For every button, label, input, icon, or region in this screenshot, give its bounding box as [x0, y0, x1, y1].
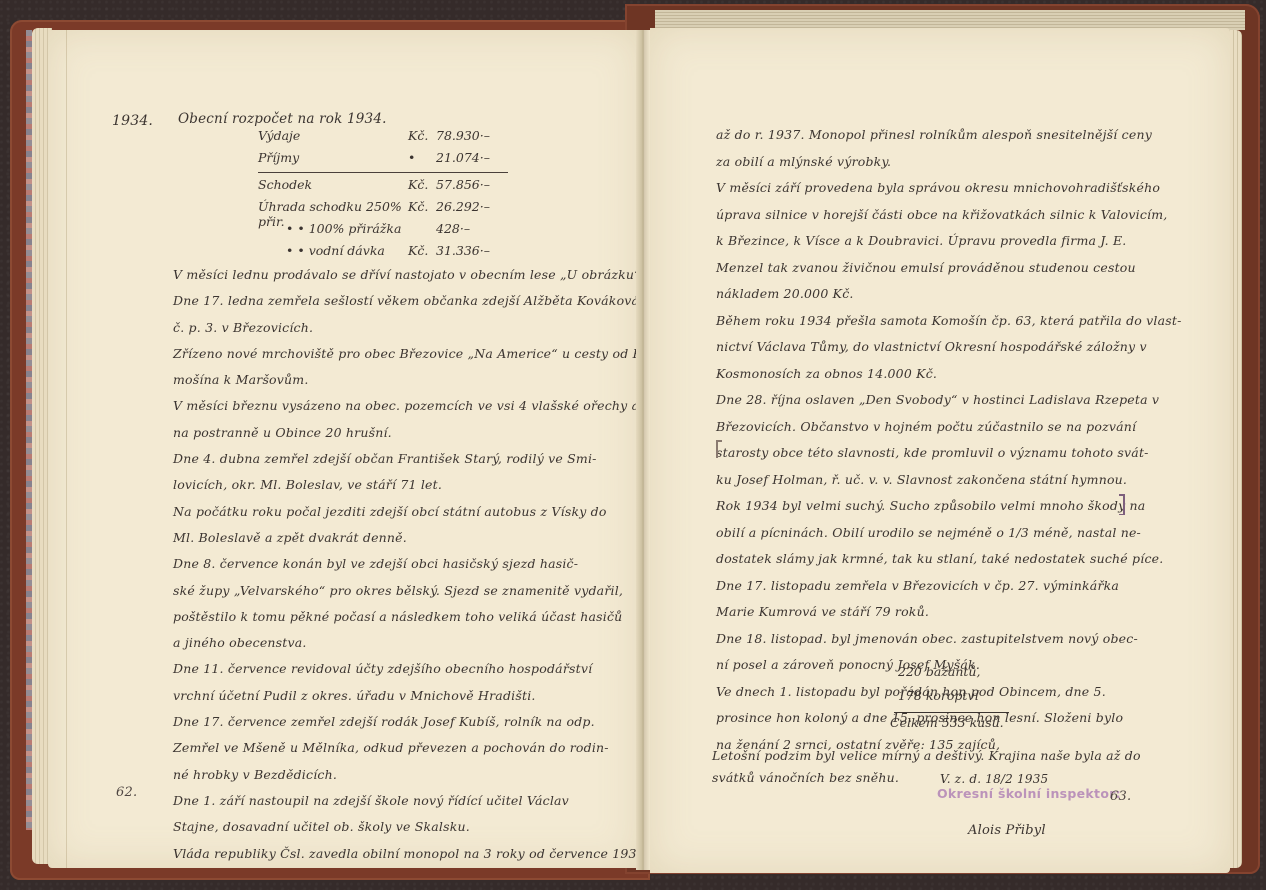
- text-line: č. p. 3. v Březovicích.: [173, 315, 654, 341]
- year-margin-note: 1934.: [112, 108, 153, 134]
- budget-row: Schodek Kč. 57.856·–: [258, 177, 508, 199]
- text-line: Vláda republiky Čsl. zavedla obilní mono…: [173, 841, 654, 867]
- text-line: né hrobky v Bezdědicích.: [173, 762, 654, 788]
- page-edge-rule: [66, 30, 67, 868]
- text-line: Dne 1. září nastoupil na zdejší škole no…: [173, 788, 654, 814]
- page-number-left: 62.: [116, 780, 137, 806]
- text-line: a jiného obecenstva.: [173, 630, 654, 656]
- text-line: Kosmonosích za obnos 14.000 Kč.: [716, 361, 1182, 388]
- budget-row: • • 100% přirážka 428·–: [258, 221, 508, 243]
- text-line: Menzel tak zvanou živičnou emulsí provád…: [716, 255, 1182, 282]
- text-line: Během roku 1934 přešla samota Komošín čp…: [716, 308, 1182, 335]
- text-line: Dne 17. července zemřel zdejší rodák Jos…: [173, 709, 654, 735]
- text-line: na postranně u Obince 20 hrušní.: [173, 420, 654, 446]
- text-line: Zemřel ve Mšeně u Mělníka, odkud převeze…: [173, 735, 654, 761]
- text-line: Rok 1934 byl velmi suchý. Sucho způsobil…: [716, 493, 1182, 520]
- text-line: poštěstilo k tomu pěkné počasí a následk…: [173, 604, 654, 630]
- text-line: mošína k Maršovům.: [173, 367, 654, 393]
- text-line: Dne 18. listopad. byl jmenován obec. zas…: [716, 626, 1182, 653]
- text-line: Dne 8. července konán byl ve zdejší obci…: [173, 551, 654, 577]
- inspector-signature: Alois Přibyl: [968, 818, 1046, 844]
- text-line: Dne 4. dubna zemřel zdejší občan Františ…: [173, 446, 654, 472]
- tally-sum-rule: [894, 712, 1009, 713]
- text-line: obilí a pícninách. Obilí urodilo se nejm…: [716, 520, 1182, 547]
- text-line: nákladem 20.000 Kč.: [716, 281, 1182, 308]
- text-line: za obilí a mlýnské výrobky.: [716, 149, 1182, 176]
- tally-total: Celkem 533 kusů.: [890, 715, 1009, 739]
- text-line: Březovicích. Občanstvo v hojném počtu zú…: [716, 414, 1182, 441]
- text-line: dostatek slámy jak krmné, tak ku stlaní,…: [716, 546, 1182, 573]
- text-line: Dne 17. listopadu zemřela v Březovicích …: [716, 573, 1182, 600]
- text-line: Zřízeno nové mrchoviště pro obec Březovi…: [173, 341, 654, 367]
- text-line: V měsíci březnu vysázeno na obec. pozemc…: [173, 393, 654, 419]
- text-line: nictví Václava Tůmy, do vlastnictví Okre…: [716, 334, 1182, 361]
- text-line: lovicích, okr. Ml. Boleslav, ve stáří 71…: [173, 472, 654, 498]
- text-line: Letošní podzim byl velice mírný a deštiv…: [712, 743, 1141, 765]
- page-stack-top: [655, 10, 1245, 30]
- text-line: starosty obce této slavnosti, kde promlu…: [716, 440, 1182, 467]
- left-page-text: V měsíci lednu prodávalo se dříví nastoj…: [173, 262, 654, 867]
- text-line: Marie Kumrová ve stáří 79 roků.: [716, 599, 1182, 626]
- right-page-text: až do r. 1937. Monopol přinesl rolníkům …: [716, 122, 1182, 758]
- page-number-right: 63.: [1110, 784, 1131, 810]
- margin-bracket-mark: [1119, 494, 1125, 515]
- text-line: Stajne, dosavadní učitel ob. školy ve Sk…: [173, 814, 654, 840]
- text-line: úprava silnice v horejší části obce na k…: [716, 202, 1182, 229]
- budget-table: Výdaje Kč. 78.930·– Příjmy • 21.074·– Sc…: [258, 128, 508, 265]
- text-line: Dne 17. ledna zemřela sešlostí věkem obč…: [173, 288, 654, 314]
- text-line: ské župy „Velvarského“ pro okres bělský.…: [173, 578, 654, 604]
- game-tally: 220 bažantů, 178 koroptví Celkem 533 kus…: [898, 664, 1009, 739]
- text-line: až do r. 1937. Monopol přinesl rolníkům …: [716, 122, 1182, 149]
- budget-row: Výdaje Kč. 78.930·–: [258, 128, 508, 150]
- text-line: k Březince, k Vísce a k Doubravici. Úpra…: [716, 228, 1182, 255]
- tally-line: 220 bažantů,: [898, 664, 1009, 688]
- budget-row: Příjmy • 21.074·–: [258, 150, 508, 173]
- text-line: Ml. Boleslavě a zpět dvakrát denně.: [173, 525, 654, 551]
- text-line: vrchní účetní Pudil z okres. úřadu v Mni…: [173, 683, 654, 709]
- inspector-stamp: Okresní školní inspektor:: [937, 786, 1121, 801]
- text-line: Na počátku roku počal jezditi zdejší obc…: [173, 499, 654, 525]
- book-gutter: [636, 30, 650, 870]
- margin-bracket-mark: [716, 440, 722, 458]
- budget-row: Úhrada schodku 250% přir. Kč. 26.292·–: [258, 199, 508, 221]
- text-line: Dne 28. října oslaven „Den Svobody“ v ho…: [716, 387, 1182, 414]
- text-line: ku Josef Holman, ř. uč. v. v. Slavnost z…: [716, 467, 1182, 494]
- text-line: V měsíci lednu prodávalo se dříví nastoj…: [173, 262, 654, 288]
- text-line: Dne 11. července revidoval účty zdejšího…: [173, 656, 654, 682]
- closing-text: Letošní podzim byl velice mírný a deštiv…: [712, 743, 1141, 787]
- tally-line: 178 koroptví: [898, 688, 1009, 712]
- text-line: V měsíci září provedena byla správou okr…: [716, 175, 1182, 202]
- text-line: svátků vánočních bez sněhu.: [712, 765, 1141, 787]
